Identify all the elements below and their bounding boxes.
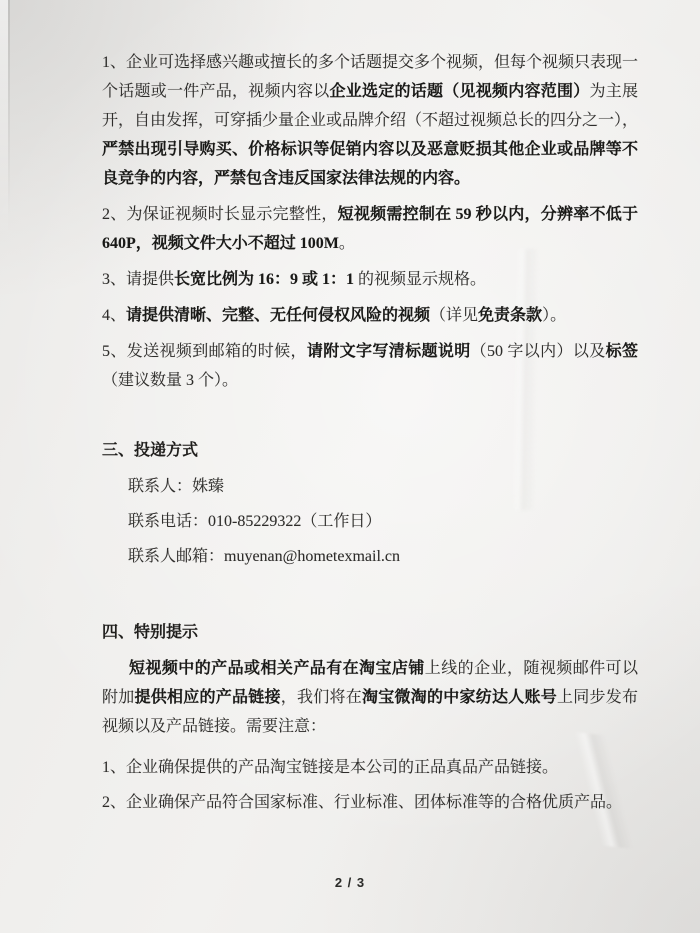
paper-edge-highlight xyxy=(0,0,8,240)
notice-item-1: 1、企业可选择感兴趣或擅长的多个话题提交多个视频，但每个视频只表现一个话题或一件… xyxy=(102,48,638,193)
delivery-section-heading: 三、投递方式 xyxy=(102,436,638,465)
note-item-1: 1、企业确保提供的产品淘宝链接是本公司的正品真品产品链接。 xyxy=(102,753,638,782)
special-note-paragraph: 短视频中的产品或相关产品有在淘宝店铺上线的企业，随视频邮件可以附加提供相应的产品… xyxy=(102,654,638,741)
contact-person-line: 联系人：姝臻 xyxy=(128,472,638,501)
contact-email-line: 联系人邮箱：muyenan@hometexmail.cn xyxy=(128,542,638,571)
contact-phone-line: 联系电话：010-85229322（工作日） xyxy=(128,507,638,536)
special-note-section-heading: 四、特别提示 xyxy=(102,618,638,647)
document-body: 1、企业可选择感兴趣或擅长的多个话题提交多个视频，但每个视频只表现一个话题或一件… xyxy=(102,48,638,817)
notice-item-5: 5、发送视频到邮箱的时候，请附文字写清标题说明（50 字以内）以及标签（建议数量… xyxy=(102,337,638,395)
notice-item-3: 3、请提供长宽比例为 16：9 或 1：1 的视频显示规格。 xyxy=(102,265,638,294)
photographed-document-page: 1、企业可选择感兴趣或擅长的多个话题提交多个视频，但每个视频只表现一个话题或一件… xyxy=(0,0,700,933)
note-item-2: 2、企业确保产品符合国家标准、行业标准、团体标准等的合格优质产品。 xyxy=(102,788,638,817)
notice-item-4: 4、请提供清晰、完整、无任何侵权风险的视频（详见免责条款）。 xyxy=(102,301,638,330)
paper-edge-line xyxy=(8,0,10,235)
notice-item-2: 2、为保证视频时长显示完整性，短视频需控制在 59 秒以内，分辨率不低于 640… xyxy=(102,200,638,258)
page-number: 2 / 3 xyxy=(0,875,700,890)
